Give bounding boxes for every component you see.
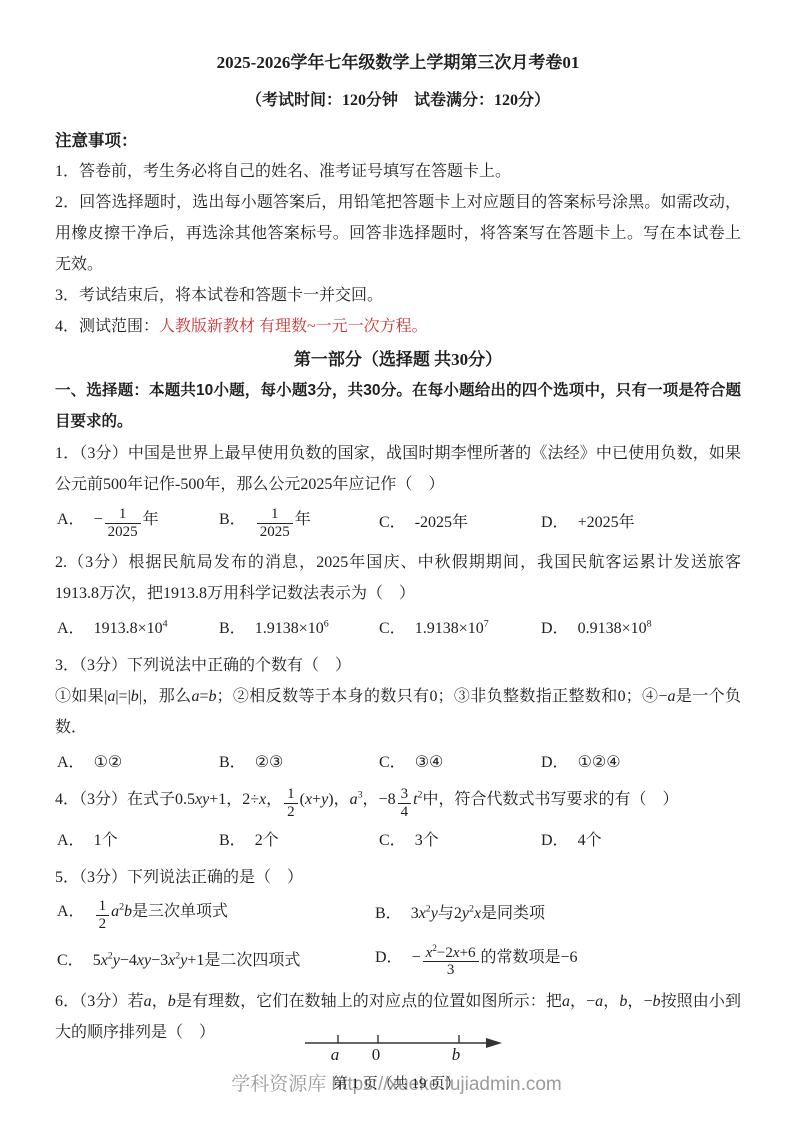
question-3-stem: 3．（3分）下列说法中正确的个数有（ ） [55,650,741,681]
question-4-options: A．1个 B．2个 C．3个 D．4个 [57,826,741,856]
q1-option-c: C．-2025年 [379,508,541,538]
q5-option-c: C．5x2y−4xy−3x2y+1是二次四项式 [57,946,375,976]
section-1-heading: 第一部分（选择题 共30分） [55,344,741,375]
numberline-label-a: a [331,1045,340,1065]
q5-option-a: A．12a2b是三次单项式 [57,897,375,933]
note-item-3: 3．考试结束后，将本试卷和答题卡一并交回。 [55,280,741,311]
note-item-4-scope: 人教版新教材 有理数~一元一次方程。 [159,318,428,335]
q4-option-a: A．1个 [57,826,219,856]
page-title: 2025-2026学年七年级数学上学期第三次月考卷01 [55,50,741,76]
q2-option-a: A．1913.8×104 [57,614,219,644]
note-item-4: 4．测试范围：人教版新教材 有理数~一元一次方程。 [55,311,741,342]
q1-option-b: B．12025年 [219,505,379,541]
note-item-4-prefix: 4．测试范围： [55,318,159,335]
question-1-options: A．−12025年 B．12025年 C．-2025年 D．+2025年 [57,505,741,541]
q3-option-b: B．②③ [219,748,379,778]
q2-option-b: B．1.9138×106 [219,614,379,644]
question-3-options: A．①② B．②③ C．③④ D．①②④ [57,748,741,778]
q3-option-d: D．①②④ [541,748,741,778]
q5-option-b: B．3x2y与2y2x是同类项 [375,899,741,929]
axis-arrow-icon [486,1038,502,1048]
exam-time-score-info: （考试时间：120分钟 试卷满分：120分） [55,89,741,113]
numberline-label-zero: 0 [372,1045,381,1065]
question-2-stem: 2.（3分）根据民航局发布的消息，2025年国庆、中秋假期期间，我国民航客运累计… [55,547,741,609]
q4-option-c: C．3个 [379,826,541,856]
q3-option-a: A．①② [57,748,219,778]
section-1-instruction: 一、选择题：本题共10小题，每小题3分，共30分。在每小题给出的四个选项中，只有… [55,375,741,437]
page-content: 2025-2026学年七年级数学上学期第三次月考卷01 （考试时间：120分钟 … [55,50,741,1048]
note-item-2: 2．回答选择题时，选出每小题答案后，用铅笔把答题卡上对应题目的答案标号涂黑。如需… [55,187,741,280]
numberline-label-b: b [452,1045,461,1065]
q6-numberline-figure: a 0 b [302,1030,507,1072]
question-2-options: A．1913.8×104 B．1.9138×106 C．1.9138×107 D… [57,614,741,644]
q2-option-d: D．0.9138×108 [541,614,741,644]
question-3-statements: ①如果|a|=|b|，那么a=b；②相反数等于本身的数只有0；③非负整数指正整数… [55,681,741,743]
q4-option-d: D．4个 [541,826,741,856]
notes-heading: 注意事项： [55,126,741,156]
q3-option-c: C．③④ [379,748,541,778]
question-5-options: A．12a2b是三次单项式 B．3x2y与2y2x是同类项 C．5x2y−4xy… [57,897,741,980]
question-4-stem: 4．（3分）在式子0.5xy+1，2÷x，12(x+y)，a3，−834t2中，… [55,784,741,821]
q4-option-b: B．2个 [219,826,379,856]
page-number: 第 1 页（共 19 页） [0,1072,793,1093]
note-item-1: 1．答卷前，考生务必将自己的姓名、准考证号填写在答题卡上。 [55,156,741,187]
q5-option-d: D．−x2−2x+63的常数项是−6 [375,943,741,979]
question-1-stem: 1．（3分）中国是世界上最早使用负数的国家，战国时期李悝所著的《法经》中已使用负… [55,438,741,500]
q1-option-d: D．+2025年 [541,508,741,538]
question-5-stem: 5．（3分）下列说法正确的是（ ） [55,862,741,893]
exam-paper-page: 2025-2026学年七年级数学上学期第三次月考卷01 （考试时间：120分钟 … [0,0,793,1122]
q2-option-c: C．1.9138×107 [379,614,541,644]
q1-option-a: A．−12025年 [57,505,219,541]
